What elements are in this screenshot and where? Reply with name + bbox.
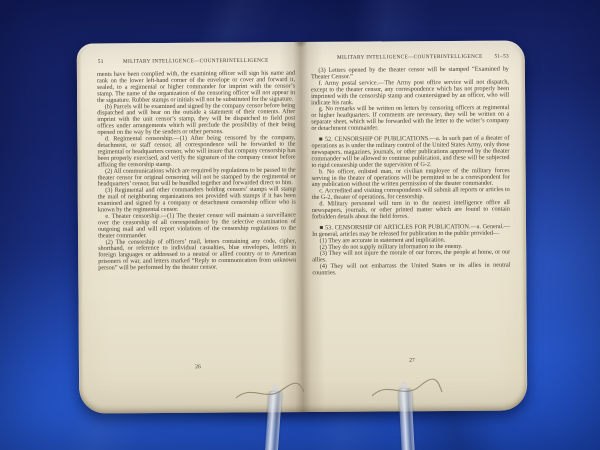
paragraph: d. Military personnel will turn in to th…: [312, 199, 510, 220]
paragraph: (2) The censorship of officers’ mail, le…: [98, 237, 296, 271]
section-paragraph: ■ 53. CENSORSHIP OF ARTICLES FOR PUBLICA…: [312, 223, 510, 237]
running-header-right: MILITARY INTELLIGENCE—COUNTERINTELLIGENC…: [311, 41, 509, 61]
page-left-content: 51 MILITARY INTELLIGENCE—COUNTERINTELLIG…: [97, 42, 298, 413]
gutter-top-notch: [294, 41, 308, 48]
running-header-left: 51 MILITARY INTELLIGENCE—COUNTERINTELLIG…: [97, 42, 295, 64]
page-right-body: (3) Letters opened by the theater censor…: [311, 66, 510, 276]
page-number-right: 27: [313, 357, 511, 364]
paragraph: f. Army postal service.—The Army post of…: [311, 78, 509, 105]
paragraph: ments have been complied with, the exami…: [97, 70, 295, 104]
running-title: MILITARY INTELLIGENCE—COUNTERINTELLIGENC…: [123, 58, 269, 65]
book-page-left: 51 MILITARY INTELLIGENCE—COUNTERINTELLIG…: [97, 42, 298, 413]
stand-thread-left-icon: [232, 380, 306, 404]
photo-of-open-book: 51 MILITARY INTELLIGENCE—COUNTERINTELLIG…: [0, 0, 600, 450]
paragraph: g. No remarks will be written on letters…: [311, 104, 509, 131]
page-left-body: ments have been complied with, the exami…: [97, 70, 296, 271]
paragraph: d. Regimental censorship.—(1) After bein…: [97, 134, 295, 168]
paragraph: (b) Parcels will be examined and signed …: [97, 102, 295, 136]
paragraph: b. No officer, enlisted man, or civilian…: [312, 167, 510, 188]
section-number: 51: [98, 59, 104, 65]
list-item: (4) They will not embarrass the United S…: [312, 262, 510, 276]
paragraph: (2) All communications which are require…: [98, 166, 296, 187]
section-range: 51–53: [494, 54, 508, 60]
open-book: 51 MILITARY INTELLIGENCE—COUNTERINTELLIG…: [77, 40, 528, 413]
running-title: MILITARY INTELLIGENCE—COUNTERINTELLIGENC…: [337, 54, 483, 61]
section-paragraph: ■ 52. CENSORSHIP OF PUBLICATIONS.—a. In …: [311, 135, 509, 169]
paragraph: e. Theater censorship.—(1) The theater c…: [98, 212, 296, 239]
book-page-right: MILITARY INTELLIGENCE—COUNTERINTELLIGENC…: [311, 41, 512, 412]
page-right-content: MILITARY INTELLIGENCE—COUNTERINTELLIGENC…: [311, 41, 512, 412]
stand-thread-right-icon: [366, 376, 444, 402]
page-number-left: 26: [99, 363, 297, 370]
paragraph: (3) Regimental and other commanders hold…: [98, 186, 296, 213]
